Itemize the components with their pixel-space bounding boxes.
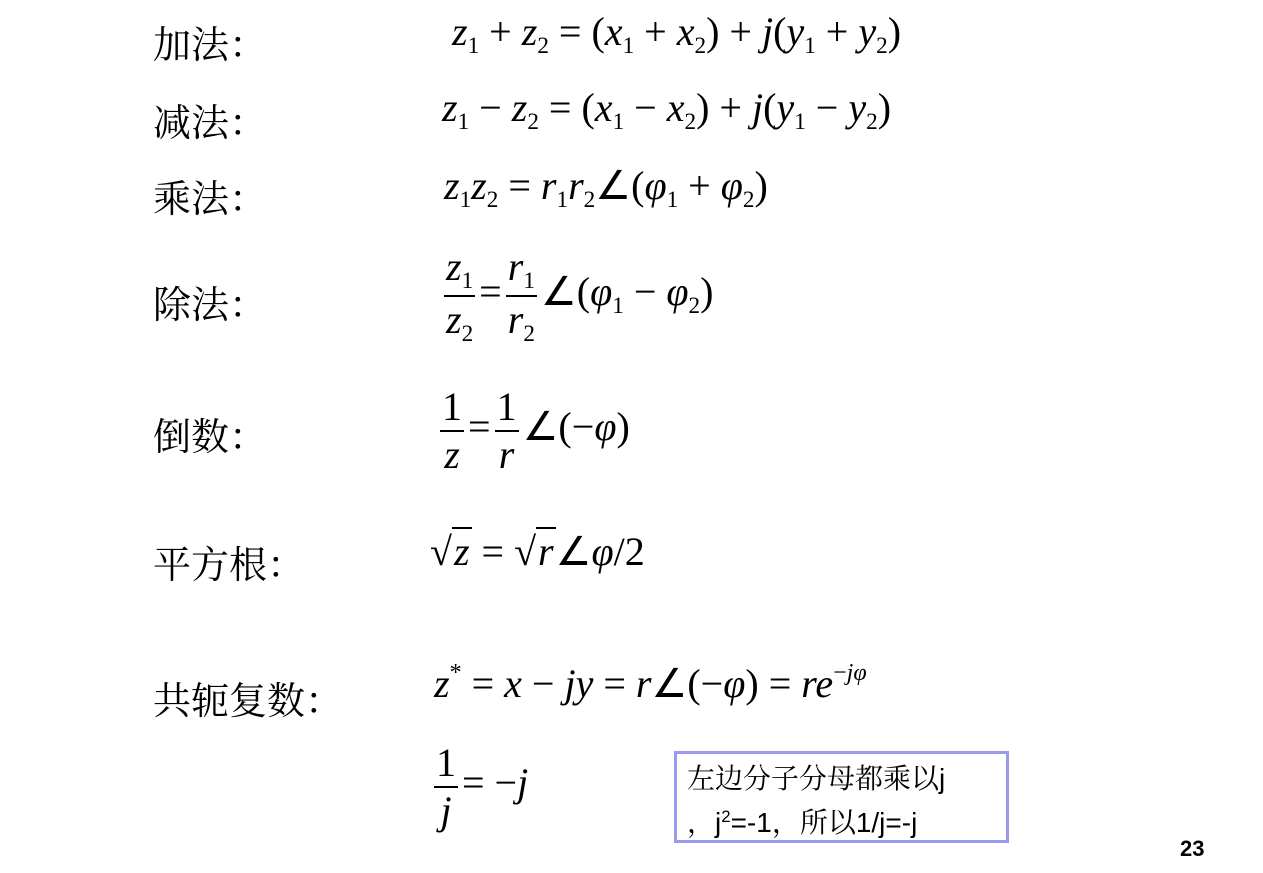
label-reciprocal: 倒数： bbox=[153, 406, 267, 461]
formula-one-over-j: 1j= −j bbox=[430, 740, 528, 834]
annotation-box: 左边分子分母都乘以j ，j2=-1，所以1/j=-j bbox=[674, 751, 1009, 843]
label-conjugate: 共轭复数： bbox=[153, 670, 343, 725]
formula-conjugate: z* = x − jy = r∠(−φ) = re−jφ bbox=[434, 660, 867, 707]
page-number: 23 bbox=[1180, 836, 1204, 862]
formula-multiplication: z1z2 = r1r2∠(φ1 + φ2) bbox=[444, 162, 768, 214]
label-square-root: 平方根： bbox=[153, 534, 305, 589]
formula-division: z1z2=r1r2∠(φ1 − φ2) bbox=[440, 244, 713, 348]
label-addition: 加法： bbox=[153, 14, 267, 69]
label-subtraction: 减法： bbox=[153, 92, 267, 147]
annotation-line-2: ，j2=-1，所以1/j=-j bbox=[687, 798, 996, 842]
annotation-line-1: 左边分子分母都乘以j bbox=[687, 760, 996, 798]
formula-subtraction: z1 − z2 = (x1 − x2) + j(y1 − y2) bbox=[442, 84, 891, 136]
formula-addition: z1 + z2 = (x1 + x2) + j(y1 + y2) bbox=[452, 8, 901, 60]
label-multiplication: 乘法： bbox=[153, 168, 267, 223]
label-division: 除法： bbox=[153, 274, 267, 329]
formula-square-root: √z = √r∠φ/2 bbox=[430, 528, 645, 575]
formula-reciprocal: 1z=1r∠(−φ) bbox=[436, 384, 630, 478]
